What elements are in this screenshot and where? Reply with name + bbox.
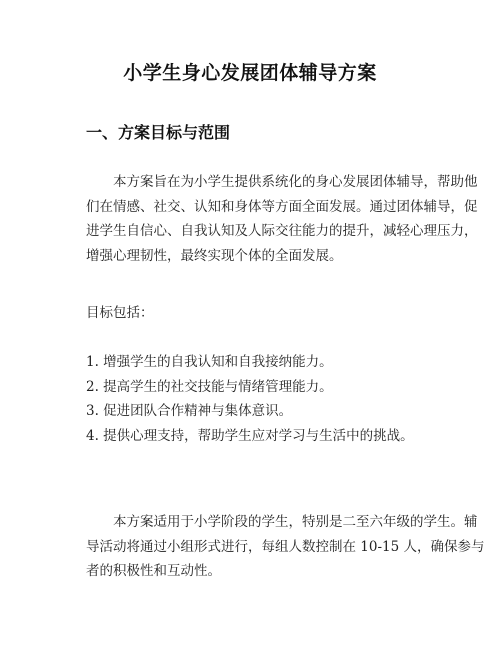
- paragraph-line: 们在情感、社交、认知和身体等方面全面发展。通过团体辅导，促: [86, 195, 416, 220]
- paragraph-line: 进学生自信心、自我认知及人际交往能力的提升，减轻心理压力，: [86, 219, 416, 244]
- goals-intro-text: 目标包括：: [86, 301, 416, 326]
- goals-list: 1. 增强学生的自我认知和自我接纳能力。 2. 提高学生的社交技能与情绪管理能力…: [86, 350, 414, 448]
- paragraph-line: 者的积极性和互动性。: [86, 559, 416, 584]
- paragraph-line: 导活动将通过小组形式进行，每组人数控制在 10-15 人，确保参与: [86, 535, 416, 560]
- scope-paragraph: 本方案适用于小学阶段的学生，特别是二至六年级的学生。辅 导活动将通过小组形式进行…: [86, 510, 416, 584]
- paragraph-line: 增强心理韧性，最终实现个体的全面发展。: [86, 244, 416, 269]
- intro-paragraph: 本方案旨在为小学生提供系统化的身心发展团体辅导，帮助他 们在情感、社交、认知和身…: [86, 170, 416, 268]
- paragraph-line: 本方案适用于小学阶段的学生，特别是二至六年级的学生。辅: [86, 510, 416, 535]
- paragraph-line: 本方案旨在为小学生提供系统化的身心发展团体辅导，帮助他: [86, 170, 416, 195]
- goal-item: 3. 促进团队合作精神与集体意识。: [86, 399, 414, 424]
- document-page: 小学生身心发展团体辅导方案 一、方案目标与范围 本方案旨在为小学生提供系统化的身…: [0, 0, 500, 647]
- goal-item: 4. 提供心理支持，帮助学生应对学习与生活中的挑战。: [86, 424, 414, 449]
- goal-item: 1. 增强学生的自我认知和自我接纳能力。: [86, 350, 414, 375]
- goals-intro: 目标包括：: [86, 301, 416, 326]
- section-heading: 一、方案目标与范围: [86, 120, 230, 143]
- goal-item: 2. 提高学生的社交技能与情绪管理能力。: [86, 375, 414, 400]
- document-title: 小学生身心发展团体辅导方案: [0, 58, 500, 85]
